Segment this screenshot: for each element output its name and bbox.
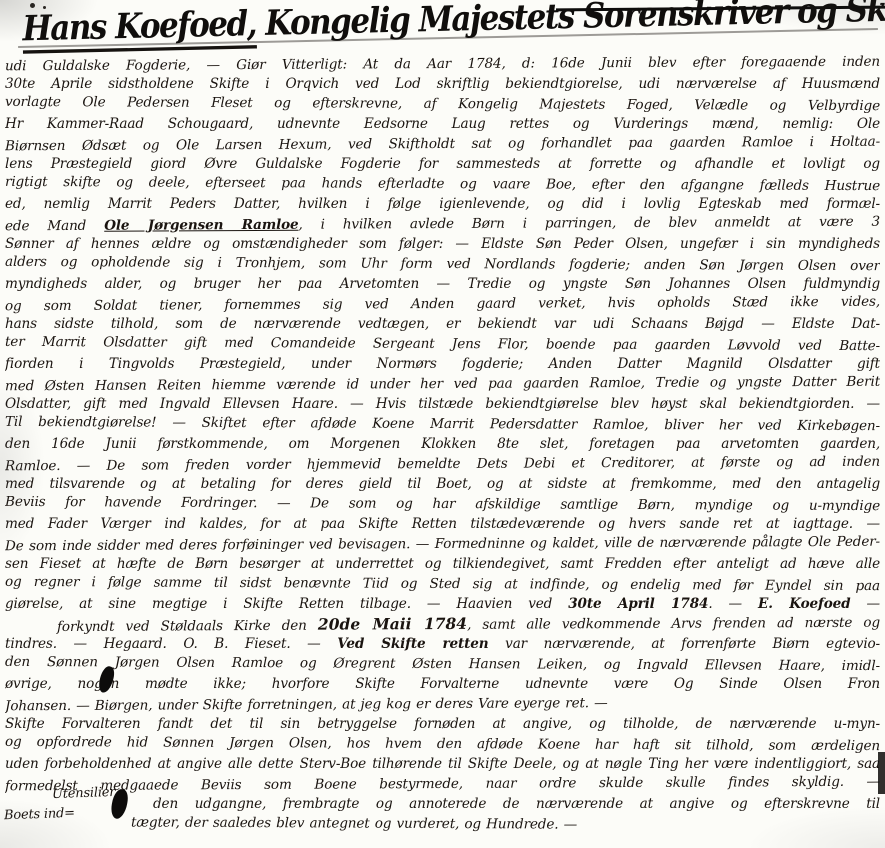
manuscript-line: Ramloe. — De som freden vorder hjemmevid… [5, 452, 880, 477]
line-text: , i hvilken avlede Børn i parringen, de … [298, 214, 880, 233]
manuscript-line: med Østen Hansen Reiten hiemme værende i… [5, 372, 880, 397]
manuscript-line: vorlagte Ole Pedersen Fleset og efterskr… [5, 92, 880, 116]
deceaseds-husband-name: Ole Jørgensen Ramloe [104, 217, 298, 234]
line-text: ede Mand [5, 218, 104, 235]
manuscript-line: Til bekiendtgiørelse! — Skiftet efter af… [5, 412, 880, 436]
manuscript-line: udi Guldalske Fogderie, — Giør Vitterlig… [5, 52, 880, 77]
manuscript-line: lens Præstegield giord Øvre Guldalske Fo… [5, 154, 880, 174]
manuscript-line: den 16de Junii førstkommende, om Morgene… [5, 434, 880, 454]
margin-note-utensils: Utensilier [52, 785, 116, 802]
page-title: Hans Koefoed, Kongelig Majestets Sorensk… [22, 0, 885, 49]
manuscript-line: den udgangne, frembragte og annoterede d… [5, 794, 880, 814]
date-30-april-1784: 30te April 1784 [568, 596, 708, 612]
manuscript-line-signature: giørelse, at sine megtige i Skifte Rette… [5, 594, 880, 614]
line-text: tindres. — Hegaard. O. B. Fieset. — [5, 636, 337, 652]
manuscript-line: 30te Aprile sidstholdene Skifte i Orqvic… [5, 74, 880, 94]
manuscript-line: uden forbeholdenhed at angive alle dette… [5, 754, 880, 774]
manuscript-line: rigtigt skifte og deele, efterseet paa h… [5, 172, 880, 196]
manuscript-line: alders og opholdende sig i Tronhjem, som… [5, 252, 880, 276]
line-text: , samt alle vedkommende Arvs frenden ad … [467, 615, 880, 633]
scan-artifact [878, 752, 885, 794]
scribe-title: Kongelig Majestets Sorenskriver og Skift… [255, 0, 885, 44]
koefoed-signature: E. Koefoed [758, 596, 850, 612]
manuscript-line: Sønner af hennes ældre og omstændigheder… [5, 234, 880, 254]
manuscript-line-underlined-name: ede Mand Ole Jørgensen Ramloe, i hvilken… [5, 212, 880, 237]
manuscript-line: De som inde sidder med deres forføininge… [5, 532, 880, 557]
court-heading: Ved Skifte retten [337, 636, 488, 652]
manuscript-line: og regner i følge samme til sidst benævn… [5, 572, 880, 596]
manuscript-line: ed, nemlig Marrit Peders Datter, hvilken… [5, 194, 880, 214]
scribe-name: Hans Koefoed, [22, 4, 256, 54]
manuscript-line: formedelst medgaaede Beviis som Boene be… [5, 772, 880, 797]
manuscript-line: tægter, der saaledes blev antegnet og vu… [5, 812, 880, 836]
manuscript-line: Hr Kammer-Raad Schougaard, udnevnte Eeds… [5, 114, 880, 134]
manuscript-line: og som Soldat tiener, fornemmes sig ved … [5, 292, 880, 317]
manuscript-line: øvrige, nogen mødte ikke; hvorfore Skift… [5, 674, 880, 694]
line-text: forkyndt ved Støldaals Kirke den [57, 618, 318, 635]
manuscript-line: Olsdatter, gift med Ingvald Ellevsen Haa… [5, 394, 880, 414]
manuscript-line: hans sidste tilhold, som de nærværende v… [5, 314, 880, 334]
manuscript-line: med Fader Værger ind kaldes, for at paa … [5, 514, 880, 534]
margin-note-boets-income: Boets ind= [4, 806, 75, 823]
manuscript-line-proclamation-date: forkyndt ved Støldaals Kirke den 20de Ma… [5, 612, 880, 637]
manuscript-line: Johansen. — Biørgen, under Skifte forret… [5, 692, 880, 717]
line-text: — [851, 596, 880, 612]
manuscript-page: Hans Koefoed, Kongelig Majestets Sorensk… [0, 0, 885, 848]
manuscript-line: Beviis for havende Fordringer. — De som … [5, 492, 880, 516]
ink-speck [30, 3, 35, 8]
manuscript-line: fiorden i Tingvolds Præstegield, under N… [5, 354, 880, 374]
manuscript-line-court-attendance: tindres. — Hegaard. O. B. Fieset. — Ved … [5, 634, 880, 654]
manuscript-line: den Sønnen Jørgen Olsen Ramloe og Øregre… [5, 652, 880, 676]
manuscript-line: Biørnsen Ødsæt og Ole Larsen Hexum, ved … [5, 132, 880, 157]
manuscript-line: sen Fieset at hæfte de Børn besørger at … [5, 554, 880, 574]
manuscript-line: med tilsvarende og at betaling for deres… [5, 474, 880, 494]
date-20-maii-1784: 20de Maii 1784 [318, 614, 467, 634]
manuscript-line: Skifte Forvalteren fandt det til sin bet… [5, 714, 880, 734]
manuscript-line: myndigheds alder, og bruger her paa Arve… [5, 274, 880, 294]
line-text: var nærværende, at forrenførte Biørn egt… [489, 636, 880, 652]
manuscript-line: og opfordrede hid Sønnen Jørgen Olsen, h… [5, 732, 880, 756]
line-text: giørelse, at sine megtige i Skifte Rette… [5, 596, 568, 612]
manuscript-body: udi Guldalske Fogderie, — Giør Vitterlig… [5, 54, 880, 834]
manuscript-line: ter Marrit Olsdatter gift med Comandeide… [5, 332, 880, 356]
line-text: . — [708, 596, 758, 612]
